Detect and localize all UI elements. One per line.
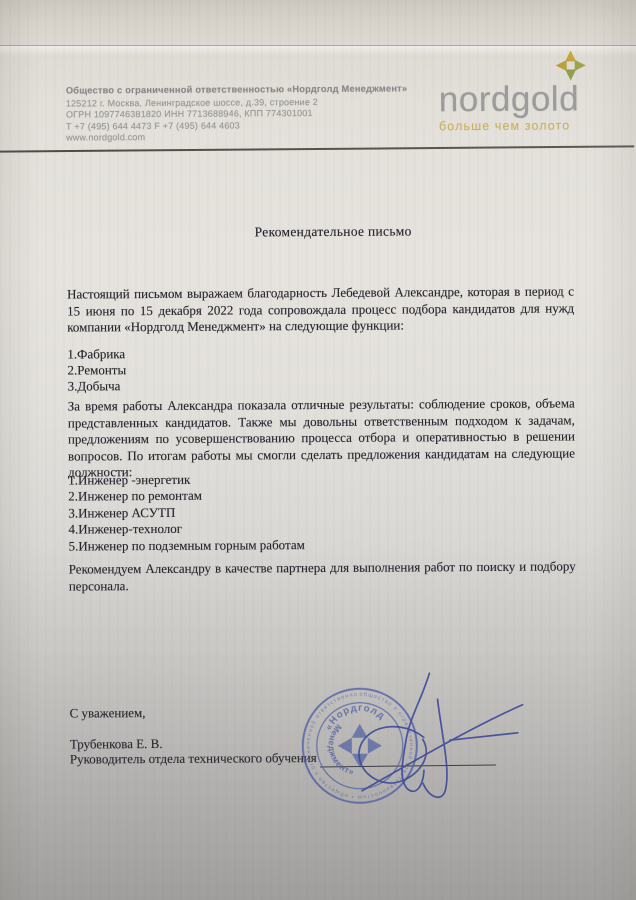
diamond-bottom-triangle [565,69,576,80]
nordgold-logo: nordgold больше чем золото [439,84,580,133]
stamp-and-signature: общество с ограниченной ответственностью… [281,658,572,835]
diamond-left-triangle [556,60,567,71]
paragraph-introduction: Настоящий письмом выражаем благодарность… [67,283,574,336]
signatory-position: Руководитель отдела технического обучени… [70,750,317,768]
letter-title: Рекомендательное письмо [67,222,574,242]
paragraph-recommendation: Рекомендуем Александру в качестве партне… [69,558,576,594]
letterhead-divider [0,145,634,152]
diamond-top-triangle [565,50,576,61]
paragraph-results: За время работы Александра показала отли… [68,395,575,481]
letter-page: Общество с ограниченной ответственностью… [0,0,636,900]
nordgold-wordmark: nordgold [439,84,579,115]
company-website: www.nordgold.com [66,131,436,145]
scanned-letter-photo: Общество с ограниченной ответственностью… [0,0,636,900]
nordgold-tagline: больше чем золото [439,118,579,133]
functions-list: 1.Фабрика 2.Ремонты 3.Добыча [67,343,574,394]
handwritten-signature [358,673,523,798]
company-round-stamp: общество с ограниченной ответственностью… [281,658,417,803]
company-name-line: Общество с ограниченной ответственностью… [66,83,436,97]
list-item: 5.Инженер по подземным горным работам [69,535,576,555]
list-item: 3.Добыча [68,375,575,394]
stamp-ring-text: общество с ограниченной ответственностью… [281,658,414,800]
nordgold-diamond-icon [554,48,588,82]
positions-list: 1.Инженер -энергетик 2.Инженер по ремонт… [68,469,575,554]
diamond-right-triangle [575,60,586,71]
letterhead: Общество с ограниченной ответственностью… [66,83,436,144]
